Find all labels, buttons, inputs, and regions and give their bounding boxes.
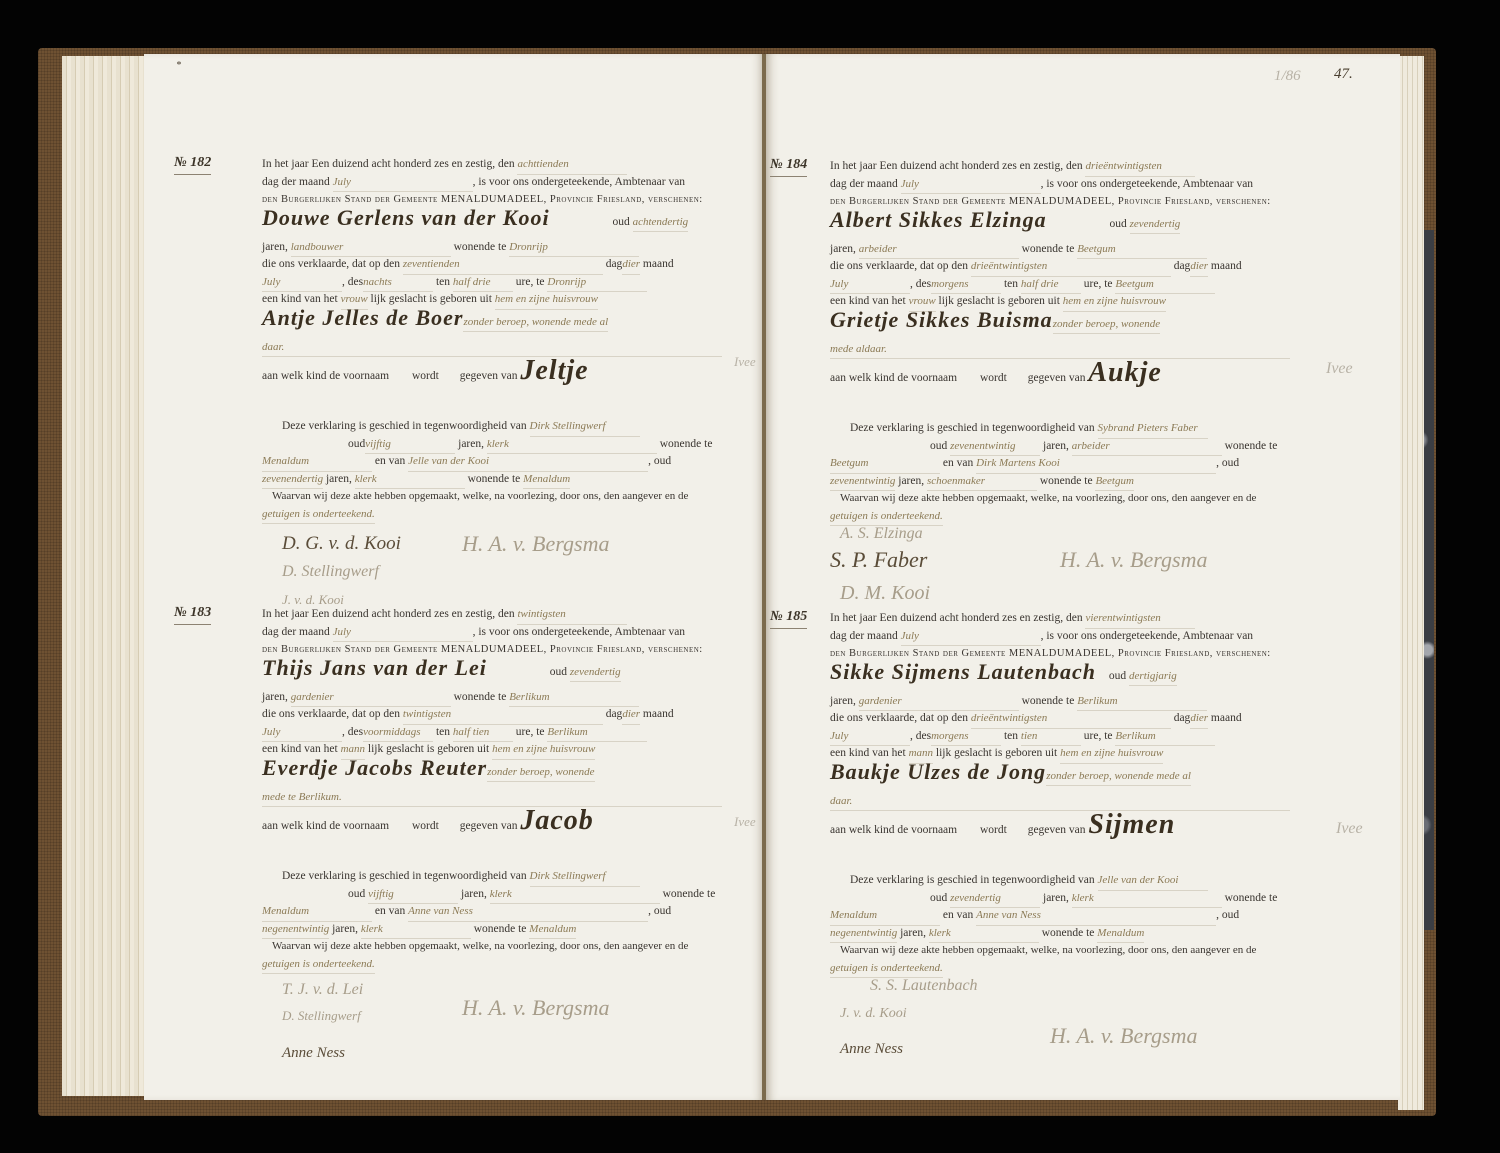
printed-text: oud <box>1109 218 1126 230</box>
mother-note-cont: daar. <box>830 793 1290 812</box>
handwritten-day: vierentwintigsten <box>1085 610 1195 629</box>
printed-text: oud <box>348 888 365 900</box>
printed-text: jaren, <box>1043 892 1069 904</box>
printed-text: oud <box>348 438 365 450</box>
mother-name: Everdje Jacobs Reuter <box>262 755 487 780</box>
printed-text: dag <box>1174 260 1191 272</box>
signature-registrar: H. A. v. Bergsma <box>1050 1027 1197 1045</box>
mother-name: Baukje Ulzes de Jong <box>830 759 1046 784</box>
birth-record-182: № 182 In het jaar Een duizend acht honde… <box>262 156 742 633</box>
printed-text: dag der maand <box>830 178 898 190</box>
witness-1-occupation: klerk <box>1072 890 1222 909</box>
printed-text: en van <box>375 455 405 467</box>
record-number: № 185 <box>770 608 807 629</box>
printed-text: In het jaar Een duizend acht honderd zes… <box>262 158 515 170</box>
printed-text: Deze verklaring is geschied in tegenwoor… <box>850 422 1095 434</box>
witness-1-occupation: klerk <box>490 886 660 905</box>
printed-text: die ons verklaarde, dat op den <box>830 712 968 724</box>
mother-note: zonder beroep, wonende mede al <box>463 314 608 333</box>
printed-text: wonende te <box>663 888 716 900</box>
printed-text: jaren, <box>326 473 352 485</box>
printed-text: ure, te <box>1084 278 1113 290</box>
printed-text: oud <box>1109 670 1126 682</box>
birth-record-184: № 184 In het jaar Een duizend acht honde… <box>830 158 1320 625</box>
printed-text: wonende te <box>1040 475 1093 487</box>
signature-witness-1: D. Stellingwerf <box>282 1007 361 1025</box>
signature-witness-2: Anne Ness <box>282 1045 345 1063</box>
handwritten-month: July <box>901 176 1041 195</box>
child-name: Sijmen <box>1088 809 1175 840</box>
birth-day: twintigsten <box>403 706 603 725</box>
declarant-name: Sikke Sijmens Lautenbach <box>830 659 1096 684</box>
declarant-age: achtendertig <box>633 214 689 233</box>
witness-2: Anne van Ness <box>408 903 648 922</box>
witness-2-occupation: klerk <box>361 921 471 940</box>
declarant-occupation: arbeider <box>859 241 1019 260</box>
right-page: 1/86 47. Ivee Ivee № 184 In het jaar Een… <box>766 54 1400 1100</box>
printed-text: jaren, <box>262 241 288 253</box>
printed-text: oud <box>930 440 947 452</box>
closing-handwritten: getuigen is onderteekend. <box>830 960 943 979</box>
printed-text: oud <box>612 216 629 228</box>
printed-text: wonende te <box>454 241 507 253</box>
page-number: 47. <box>1334 66 1353 83</box>
printed-text: gegeven van <box>1028 372 1086 384</box>
printed-text: jaren, <box>458 438 484 450</box>
birth-place: Beetgum <box>1115 276 1215 295</box>
time-of-day: voormiddags <box>363 724 433 743</box>
printed-text: jaren, <box>830 695 856 707</box>
declarant-occupation: landbouwer <box>291 239 451 258</box>
printed-text: wonende te <box>1042 927 1095 939</box>
signature-declarant: D. G. v. d. Kooi <box>282 535 401 553</box>
witness-2-age: negenentwintig <box>830 925 897 944</box>
handwritten-month: July <box>901 628 1041 647</box>
printed-text: jaren, <box>830 243 856 255</box>
printed-text: en van <box>375 905 405 917</box>
birth-hour: half drie <box>1021 276 1081 295</box>
mother-name: Grietje Sikkes Buisma <box>830 307 1053 332</box>
printed-text: een kind van het <box>830 295 906 307</box>
declarant-age: dertigjarig <box>1129 668 1177 687</box>
printed-text: , is voor ons ondergeteekende, Ambtenaar… <box>1041 630 1253 642</box>
printed-text: ten <box>436 276 450 288</box>
handwritten-day: drieëntwintigsten <box>1085 158 1195 177</box>
printed-text: dag der maand <box>262 176 330 188</box>
printed-text: ten <box>436 726 450 738</box>
printed-text: Waarvan wij deze akte hebben opgemaakt, … <box>840 492 1256 504</box>
printed-text: die ons verklaarde, dat op den <box>830 260 968 272</box>
witness-1-residence: Menaldum <box>830 907 940 926</box>
witness-1: Sybrand Pieters Faber <box>1098 420 1208 439</box>
witness-2-age: zevenentwintig <box>830 473 895 492</box>
printed-text: maand <box>643 708 674 720</box>
signature-declarant: S. S. Lautenbach <box>870 977 978 995</box>
witness-2-residence: Beetgum <box>1095 473 1133 492</box>
witness-1-residence: Beetgum <box>830 455 940 474</box>
printed-text: wordt <box>412 370 439 382</box>
mother-note: zonder beroep, wonende mede al <box>1046 768 1191 787</box>
witness-2-residence: Menaldum <box>523 471 570 490</box>
signature-witness-1: S. P. Faber <box>830 551 927 569</box>
corner-mark: * <box>176 60 181 71</box>
witness-2: Anne van Ness <box>976 907 1216 926</box>
declarant-residence: Beetgum <box>1077 241 1207 260</box>
printed-text: gegeven van <box>1028 824 1086 836</box>
printed-text: aan welk kind de voornaam <box>830 824 957 836</box>
handwritten-text: dier <box>1190 258 1208 277</box>
witness-1: Dirk Stellingwerf <box>530 418 640 437</box>
birth-day: zeventienden <box>403 256 603 275</box>
declarant-residence: Berlikum <box>509 689 639 708</box>
printed-text: lijk geslacht is geboren uit <box>371 293 492 305</box>
witness-1-age: vijftig <box>365 436 455 455</box>
margin-note: Ivee <box>1336 820 1363 838</box>
printed-text: , des <box>910 730 931 742</box>
birth-place: Dronrijp <box>547 274 647 293</box>
record-number: № 182 <box>174 154 211 175</box>
signature-witness-2: Anne Ness <box>840 1041 903 1059</box>
handwritten-text: dier <box>622 706 640 725</box>
printed-text: een kind van het <box>262 743 338 755</box>
witness-2-occupation: klerk <box>355 471 465 490</box>
declarant-age: zevendertig <box>570 664 621 683</box>
printed-text: wonende te <box>468 473 521 485</box>
printed-text: aan welk kind de voornaam <box>262 370 389 382</box>
handwritten-month: July <box>333 174 473 193</box>
signature-declarant: A. S. Elzinga <box>840 525 923 543</box>
handwritten-month: July <box>333 624 473 643</box>
printed-text: jaren, <box>900 927 926 939</box>
birth-place: Berlikum <box>547 724 647 743</box>
birth-hour: tien <box>1021 728 1081 747</box>
signature-block: T. J. v. d. Lei D. Stellingwerf Anne Nes… <box>262 973 742 1093</box>
witness-2: Dirk Martens Kooi <box>976 455 1216 474</box>
printed-text: dag <box>606 708 623 720</box>
printed-text: den Burgerlijken Stand der Gemeente MENA… <box>830 648 1271 659</box>
printed-text: den Burgerlijken Stand der Gemeente MENA… <box>262 194 703 205</box>
printed-text: een kind van het <box>262 293 338 305</box>
declarant-occupation: gardenier <box>291 689 451 708</box>
signature-witness-2: D. M. Kooi <box>840 585 930 603</box>
printed-text: Waarvan wij deze akte hebben opgemaakt, … <box>272 940 688 952</box>
handwritten-text: dier <box>1190 710 1208 729</box>
printed-text: lijk geslacht is geboren uit <box>939 295 1060 307</box>
witness-2-age: zevenendertig <box>262 471 323 490</box>
printed-text: die ons verklaarde, dat op den <box>262 258 400 270</box>
printed-text: den Burgerlijken Stand der Gemeente MENA… <box>830 196 1271 207</box>
declarant-residence: Berlikum <box>1077 693 1207 712</box>
birth-month: July <box>262 724 342 743</box>
printed-text: aan welk kind de voornaam <box>830 372 957 384</box>
declarant-name: Douwe Gerlens van der Kooi <box>262 205 550 230</box>
printed-text: Deze verklaring is geschied in tegenwoor… <box>282 420 527 432</box>
printed-text: Waarvan wij deze akte hebben opgemaakt, … <box>272 490 688 502</box>
relation: hem en zijne huisvrouw <box>1060 745 1163 764</box>
printed-text: gegeven van <box>460 820 518 832</box>
closing-handwritten: getuigen is onderteekend. <box>262 956 375 975</box>
printed-text: jaren, <box>898 475 924 487</box>
printed-text: wonende te <box>454 691 507 703</box>
printed-text: dag der maand <box>830 630 898 642</box>
child-name: Aukje <box>1088 357 1161 388</box>
witness-1-age: zevenentwintig <box>950 438 1040 457</box>
record-number: № 183 <box>174 604 211 625</box>
printed-text: wordt <box>412 820 439 832</box>
margin-note: Ivee <box>1326 360 1353 378</box>
signature-registrar: H. A. v. Bergsma <box>462 999 609 1017</box>
witness-1: Jelle van der Kooi <box>1098 872 1208 891</box>
printed-text: , des <box>342 726 363 738</box>
birth-month: July <box>830 276 910 295</box>
witness-2-residence: Menaldum <box>529 921 576 940</box>
record-number: № 184 <box>770 156 807 177</box>
witness-2-age: negenentwintig <box>262 921 329 940</box>
printed-text: In het jaar Een duizend acht honderd zes… <box>830 160 1083 172</box>
printed-text: , is voor ons ondergeteekende, Ambtenaar… <box>473 626 685 638</box>
witness-1-occupation: arbeider <box>1072 438 1222 457</box>
birth-record-183: № 183 In het jaar Een duizend acht honde… <box>262 606 742 1093</box>
printed-text: een kind van het <box>830 747 906 759</box>
printed-text: ten <box>1004 730 1018 742</box>
declarant-age: zevendertig <box>1130 216 1181 235</box>
handwritten-text: dier <box>622 256 640 275</box>
signature-registrar: H. A. v. Bergsma <box>462 535 609 553</box>
printed-text: lijk geslacht is geboren uit <box>936 747 1057 759</box>
time-of-day: morgens <box>931 276 1001 295</box>
printed-text: wonende te <box>1022 243 1075 255</box>
mother-note: zonder beroep, wonende <box>1053 316 1160 335</box>
witness-1-age: zevendertig <box>950 890 1040 909</box>
printed-text: maand <box>1211 712 1242 724</box>
printed-text: ure, te <box>1084 730 1113 742</box>
relation: hem en zijne huisvrouw <box>492 741 595 760</box>
printed-text: ure, te <box>516 726 545 738</box>
birth-day: drieëntwintigsten <box>971 710 1171 729</box>
declarant-occupation: gardenier <box>859 693 1019 712</box>
folio-pencil-mark: 1/86 <box>1274 68 1301 85</box>
witness-1: Dirk Stellingwerf <box>530 868 640 887</box>
printed-text: den Burgerlijken Stand der Gemeente MENA… <box>262 644 703 655</box>
printed-text: maand <box>643 258 674 270</box>
printed-text: lijk geslacht is geboren uit <box>368 743 489 755</box>
witness-2-occupation: klerk <box>929 925 1039 944</box>
child-name: Jacob <box>520 805 593 836</box>
printed-text: jaren, <box>332 923 358 935</box>
printed-text: wonende te <box>1225 892 1278 904</box>
birth-day: drieëntwintigsten <box>971 258 1171 277</box>
printed-text: Waarvan wij deze akte hebben opgemaakt, … <box>840 944 1256 956</box>
printed-text: , is voor ons ondergeteekende, Ambtenaar… <box>473 176 685 188</box>
witness-1-residence: Menaldum <box>262 903 372 922</box>
witness-2-occupation: schoenmaker <box>927 473 1037 492</box>
mother-note-cont: mede te Berlikum. <box>262 789 722 808</box>
relation: hem en zijne huisvrouw <box>1063 293 1166 312</box>
printed-text: wonende te <box>1022 695 1075 707</box>
printed-text: Deze verklaring is geschied in tegenwoor… <box>850 874 1095 886</box>
printed-text: aan welk kind de voornaam <box>262 820 389 832</box>
mother-note: zonder beroep, wonende <box>487 764 594 783</box>
closing-handwritten: getuigen is onderteekend. <box>830 508 943 527</box>
printed-text: die ons verklaarde, dat op den <box>262 708 400 720</box>
printed-text: jaren, <box>262 691 288 703</box>
printed-text: wonende te <box>474 923 527 935</box>
birth-hour: half drie <box>453 274 513 293</box>
printed-text: In het jaar Een duizend acht honderd zes… <box>830 612 1083 624</box>
witness-1-occupation: klerk <box>487 436 657 455</box>
time-of-day: nachts <box>363 274 433 293</box>
printed-text: wordt <box>980 372 1007 384</box>
right-page-stack <box>1398 56 1424 1110</box>
printed-text: oud <box>930 892 947 904</box>
left-page-stack <box>62 56 146 1096</box>
printed-text: wonende te <box>660 438 713 450</box>
mother-note-cont: mede aldaar. <box>830 341 1290 360</box>
declarant-residence: Dronrijp <box>509 239 639 258</box>
child-name: Jeltje <box>520 355 588 386</box>
printed-text: , des <box>910 278 931 290</box>
left-page: * Ivee Ivee № 182 In het jaar Een duizen… <box>144 54 764 1100</box>
printed-text: maand <box>1211 260 1242 272</box>
printed-text: en van <box>943 457 973 469</box>
mother-note-cont: daar. <box>262 339 722 358</box>
birth-hour: half tien <box>453 724 513 743</box>
signature-witness-1: D. Stellingwerf <box>282 563 379 581</box>
printed-text: oud <box>550 666 567 678</box>
printed-text: gegeven van <box>460 370 518 382</box>
printed-text: , des <box>342 276 363 288</box>
witness-1-age: vijftig <box>368 886 458 905</box>
witness-2: Jelle van der Kooi <box>408 453 648 472</box>
birth-month: July <box>830 728 910 747</box>
handwritten-day: twintigsten <box>517 606 627 625</box>
printed-text: ure, te <box>516 276 545 288</box>
declarant-name: Thijs Jans van der Lei <box>262 655 487 680</box>
signature-registrar: H. A. v. Bergsma <box>1060 551 1207 569</box>
printed-text: , is voor ons ondergeteekende, Ambtenaar… <box>1041 178 1253 190</box>
witness-1-residence: Menaldum <box>262 453 372 472</box>
relation: hem en zijne huisvrouw <box>495 291 598 310</box>
birth-record-185: № 185 In het jaar Een duizend acht honde… <box>830 610 1320 1097</box>
time-of-day: morgens <box>931 728 1001 747</box>
printed-text: In het jaar Een duizend acht honderd zes… <box>262 608 515 620</box>
printed-text: ten <box>1004 278 1018 290</box>
signature-witness-1: J. v. d. Kooi <box>840 1005 907 1023</box>
printed-text: wordt <box>980 824 1007 836</box>
printed-text: wonende te <box>1225 440 1278 452</box>
handwritten-day: achttienden <box>517 156 627 175</box>
closing-handwritten: getuigen is onderteekend. <box>262 506 375 525</box>
printed-text: dag <box>1174 712 1191 724</box>
printed-text: en van <box>943 909 973 921</box>
printed-text: jaren, <box>1043 440 1069 452</box>
mother-name: Antje Jelles de Boer <box>262 305 463 330</box>
birth-month: July <box>262 274 342 293</box>
birth-place: Berlikum <box>1115 728 1215 747</box>
printed-text: dag der maand <box>262 626 330 638</box>
printed-text: jaren, <box>461 888 487 900</box>
witness-2-residence: Menaldum <box>1097 925 1144 944</box>
printed-text: dag <box>606 258 623 270</box>
signature-block: S. S. Lautenbach J. v. d. Kooi Anne Ness… <box>830 977 1320 1097</box>
printed-text: Deze verklaring is geschied in tegenwoor… <box>282 870 527 882</box>
signature-declarant: T. J. v. d. Lei <box>282 981 363 999</box>
declarant-name: Albert Sikkes Elzinga <box>830 207 1047 232</box>
